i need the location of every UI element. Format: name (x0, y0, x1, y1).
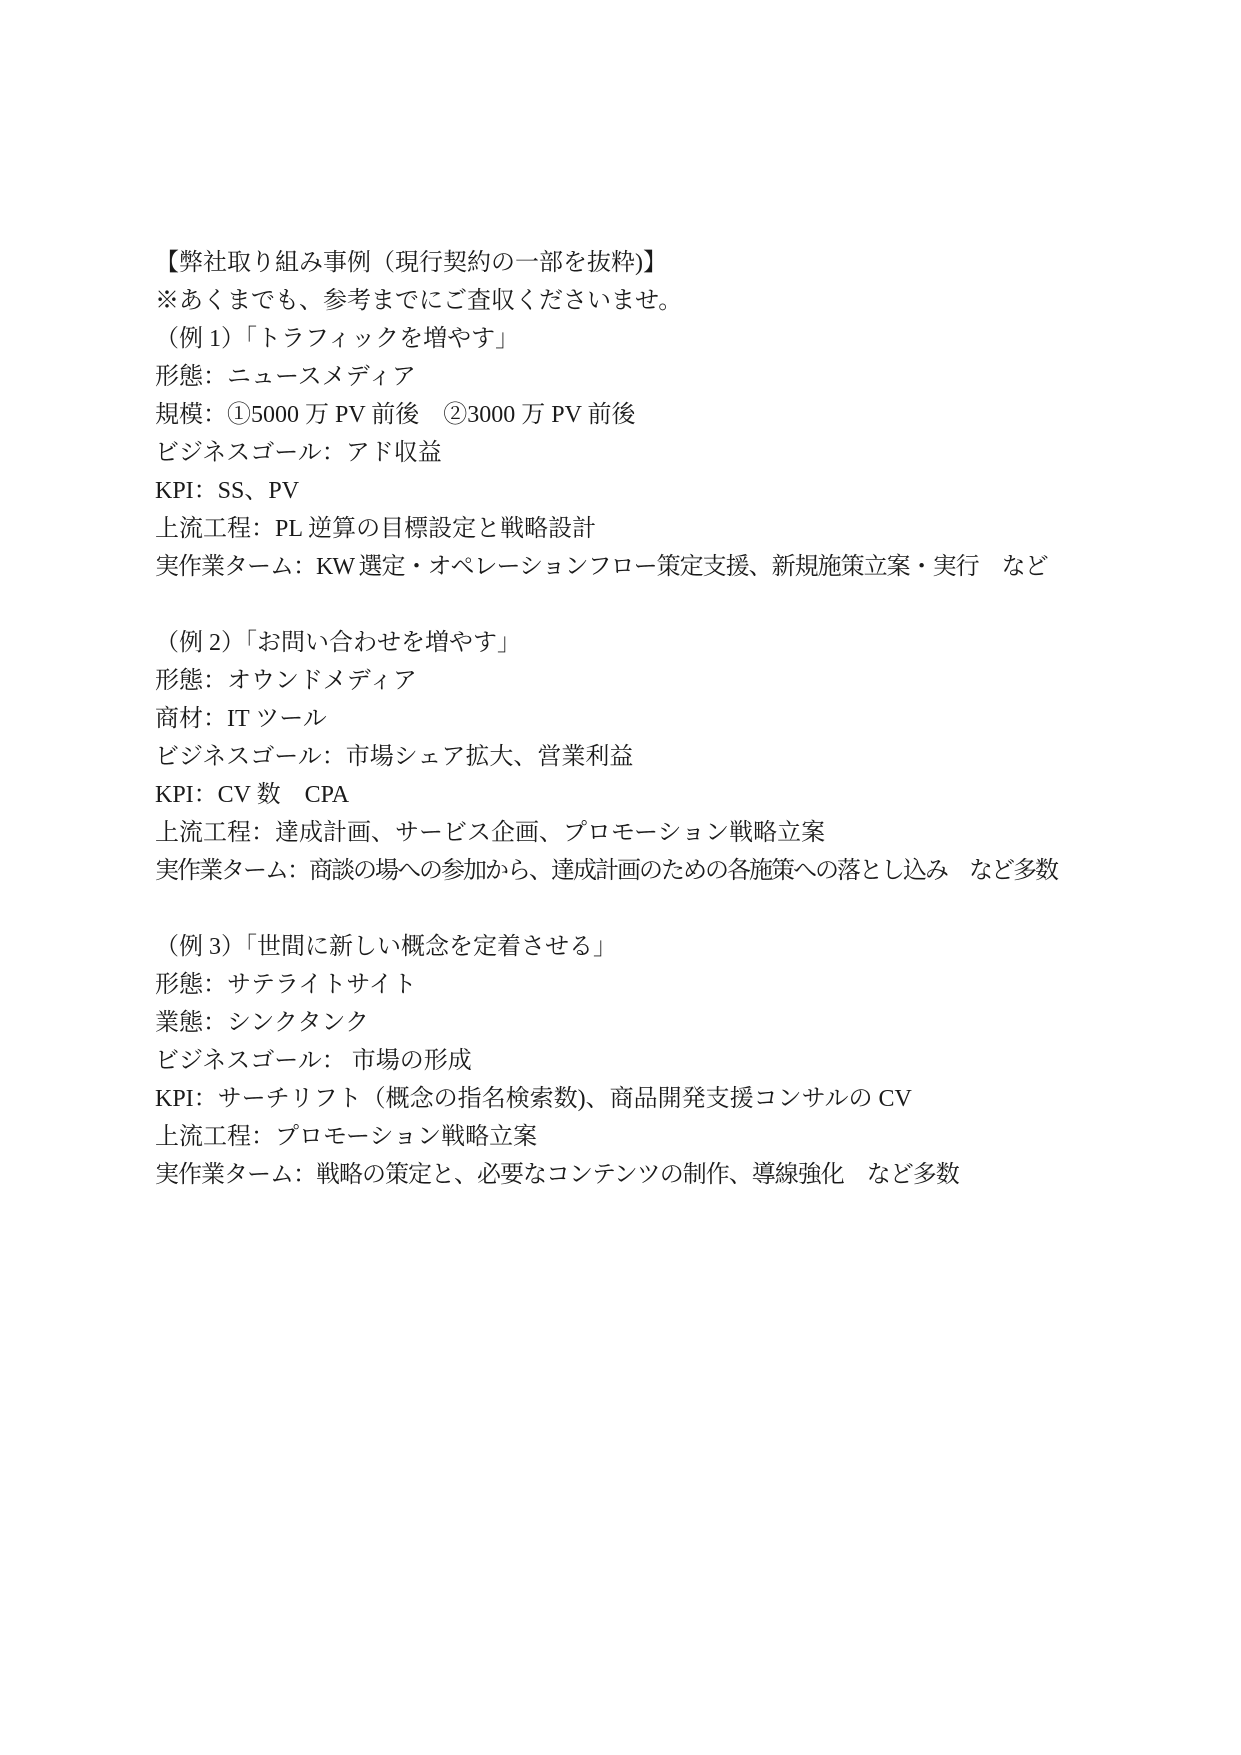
document-content: 【弊社取り組み事例（現行契約の一部を抜粋)】 ※あくまでも、参考までにご査収くだ… (155, 244, 1115, 1194)
example-2-section: （例 2）「お問い合わせを増やす」 形態：オウンドメディア 商材：IT ツール … (155, 624, 1115, 890)
document-note: ※あくまでも、参考までにご査収くださいませ。 (155, 282, 1115, 320)
example-3-format-line: 形態：サテライトサイト (155, 966, 1115, 1004)
example-2-heading: （例 2）「お問い合わせを増やす」 (155, 624, 1115, 662)
example-1-section: （例 1）「トラフィックを増やす」 形態：ニュースメディア 規模：①5000 万… (155, 320, 1115, 586)
example-1-upstream-process-line: 上流工程：PL 逆算の目標設定と戦略設計 (155, 510, 1115, 548)
example-1-format-line: 形態：ニュースメディア (155, 358, 1115, 396)
example-3-kpi-line: KPI：サーチリフト（概念の指名検索数)、商品開発支援コンサルの CV (155, 1080, 1115, 1118)
example-1-heading: （例 1）「トラフィックを増やす」 (155, 320, 1115, 358)
document-page: 【弊社取り組み事例（現行契約の一部を抜粋)】 ※あくまでも、参考までにご査収くだ… (0, 0, 1241, 1755)
example-3-actual-work-line: 実作業ターム：戦略の策定と、必要なコンテンツの制作、導線強化 など多数 (155, 1156, 1115, 1194)
example-3-business-goal-line: ビジネスゴール： 市場の形成 (155, 1042, 1115, 1080)
example-1-actual-work-line: 実作業ターム：KW 選定・オペレーションフロー策定支援、新規施策立案・実行 など (155, 548, 1115, 586)
document-title: 【弊社取り組み事例（現行契約の一部を抜粋)】 (155, 244, 1115, 282)
example-2-upstream-process-line: 上流工程：達成計画、サービス企画、プロモーション戦略立案 (155, 814, 1115, 852)
example-1-scale-line: 規模：①5000 万 PV 前後 ②3000 万 PV 前後 (155, 396, 1115, 434)
example-2-kpi-line: KPI：CV 数 CPA (155, 776, 1115, 814)
example-1-business-goal-line: ビジネスゴール：アド収益 (155, 434, 1115, 472)
example-2-business-goal-line: ビジネスゴール：市場シェア拡大、営業利益 (155, 738, 1115, 776)
example-2-product-line: 商材：IT ツール (155, 700, 1115, 738)
example-1-kpi-line: KPI：SS、PV (155, 472, 1115, 510)
example-3-heading: （例 3）「世間に新しい概念を定着させる」 (155, 928, 1115, 966)
example-3-section: （例 3）「世間に新しい概念を定着させる」 形態：サテライトサイト 業態：シンク… (155, 928, 1115, 1194)
example-2-format-line: 形態：オウンドメディア (155, 662, 1115, 700)
example-3-upstream-process-line: 上流工程：プロモーション戦略立案 (155, 1118, 1115, 1156)
example-3-industry-line: 業態：シンクタンク (155, 1004, 1115, 1042)
example-2-actual-work-line: 実作業ターム：商談の場への参加から、達成計画のための各施策への落とし込み など多… (155, 852, 1115, 890)
